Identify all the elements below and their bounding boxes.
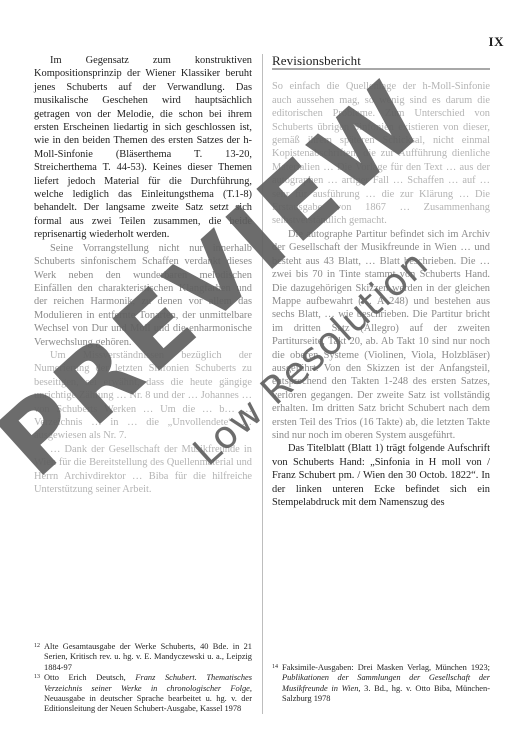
footnote: 14 Faksimile-Ausgaben: Drei Masken Verla… [272, 663, 490, 705]
left-footnotes: 12 Alte Gesamtausgabe der Werke Schubert… [34, 642, 252, 715]
paragraph: … Dank der Gesellschaft der Musikfreunde… [34, 443, 252, 497]
revision-report-body: So einfach die Quellenlage der h-Moll-Si… [272, 80, 490, 509]
footnote: 12 Alte Gesamtausgabe der Werke Schubert… [34, 642, 252, 673]
footnote-number: 13 [34, 672, 40, 682]
page-number: IX [489, 34, 504, 50]
footnote: 13 Otto Erich Deutsch, Franz Schubert. T… [34, 673, 252, 715]
footnote-number: 12 [34, 641, 40, 651]
paragraph: So einfach die Quellenlage der h-Moll-Si… [272, 80, 490, 227]
footnote-text: Alte Gesamtausgabe der Werke Schuberts, … [44, 642, 252, 672]
section-title: Revisionsbericht [272, 54, 490, 70]
right-footnotes: 14 Faksimile-Ausgaben: Drei Masken Verla… [272, 663, 490, 705]
column-divider [262, 54, 263, 714]
paragraph: Das Titelblatt (Blatt 1) trägt folgende … [272, 442, 490, 509]
footnote-number: 14 [272, 662, 278, 672]
left-column: Im Gegensatz zum konstruktiven Kompositi… [34, 54, 252, 496]
footnote-text: Faksimile-Ausgaben: Drei Masken Verlag, … [282, 663, 490, 672]
paragraph: Um Missverständnissen bezüglich der Nume… [34, 349, 252, 443]
paragraph: Im Gegensatz zum konstruktiven Kompositi… [34, 54, 252, 242]
footnote-author: Otto Erich Deutsch, [44, 673, 135, 682]
paragraph: Seine Vorrangstellung nicht nur innerhal… [34, 242, 252, 349]
paragraph: Die autographe Partitur befindet sich im… [272, 228, 490, 443]
right-column: Revisionsbericht So einfach die Quellenl… [272, 54, 490, 509]
